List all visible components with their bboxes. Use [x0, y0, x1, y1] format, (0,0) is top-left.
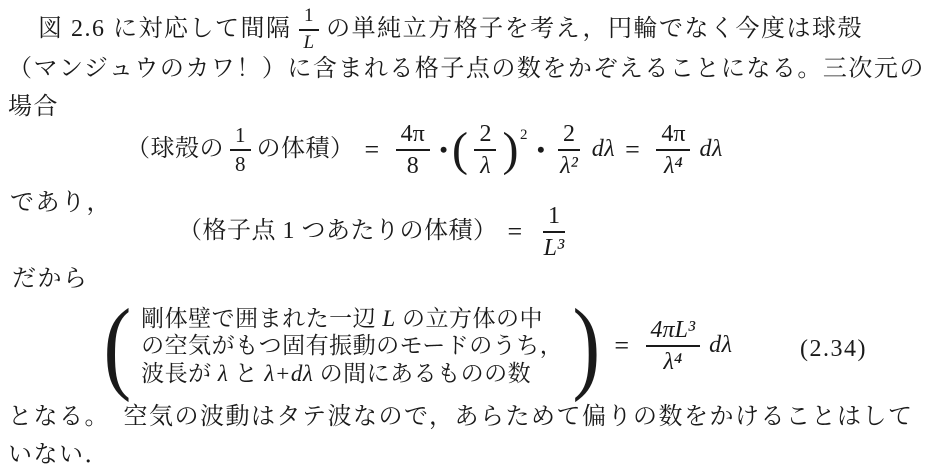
differential-dlambda: dλ: [709, 330, 732, 361]
fraction-numerator: 1: [543, 203, 565, 233]
equation-lhs-text: （球殻の: [126, 134, 224, 165]
fraction-numerator: 2: [558, 121, 580, 151]
description-line-3: 波長が λ と λ+dλ の間にあるものの数: [141, 360, 563, 388]
paragraph-line-1: 図 2.6 に対応して間隔 1 L の単純立方格子を考え，円輪でなく今度は球殻: [38, 4, 863, 56]
exponent-2: 2: [520, 126, 528, 146]
description-line-2: の空気がもつ固有振動のモードのうち，: [141, 332, 563, 360]
multiplication-dot: •: [440, 136, 448, 165]
variable-L: L: [382, 306, 395, 331]
fraction-denominator: λ²: [555, 151, 583, 179]
paragraph-line-2: （マンジュウのカワ！）に含まれる格子点の数をかぞえることになる。三次元の: [8, 54, 925, 85]
fraction-2-over-lambda: 2 λ: [474, 121, 496, 180]
fraction-2-over-lambda-squared: 2 λ²: [555, 121, 583, 180]
equation-lattice-volume: （格子点 1 つあたりの体積） = 1 L³: [178, 204, 575, 260]
text-run: 剛体壁で囲まれた一辺: [141, 306, 382, 331]
equals-sign: =: [508, 215, 523, 249]
connective-deari: であり，: [10, 188, 112, 219]
equals-sign: =: [365, 133, 380, 167]
text-run: 図 2.6 に対応して間隔: [38, 14, 292, 45]
paragraph-bottom-line-2: いない．: [8, 440, 110, 471]
fraction-denominator: λ⁴: [659, 151, 688, 179]
fraction-denominator: 8: [402, 151, 424, 179]
connective-dakara: だから: [12, 264, 89, 295]
equation-shell-volume: （球殻の 1 8 の体積） = 4π 8 • ( 2 λ ) 2 • 2 λ² …: [126, 122, 723, 178]
expression-lambda-plus-dlambda: λ+dλ: [264, 361, 313, 386]
fraction-denominator: λ: [475, 151, 495, 179]
text-run: と: [228, 361, 264, 386]
fraction-4piL3-over-lambda4: 4πL³ λ⁴: [646, 317, 701, 376]
text-run: の立方体の中: [396, 306, 543, 331]
equation-lhs-text: （格子点 1 つあたりの体積）: [178, 216, 498, 247]
differential-dlambda: dλ: [592, 134, 615, 165]
fraction-1-over-8: 1 8: [230, 124, 251, 176]
textbook-page: 図 2.6 に対応して間隔 1 L の単純立方格子を考え，円輪でなく今度は球殻 …: [0, 0, 939, 476]
fraction-numerator: 4π: [656, 121, 690, 151]
variable-lambda: λ: [218, 361, 228, 386]
text-run: の間にあるものの数: [313, 361, 531, 386]
fraction-denominator: L³: [539, 233, 570, 261]
fraction-numerator: 2: [474, 121, 496, 151]
fraction-denominator: λ⁴: [658, 347, 687, 375]
text-run: 波長が: [141, 361, 218, 386]
equation-number: (2.34): [800, 334, 867, 365]
fraction-numerator: 4π: [396, 121, 430, 151]
fraction-denominator: 8: [230, 151, 251, 176]
paragraph-bottom-line-1: となる。 空気の波動はタテ波なので，あらためて偏りの数をかけることはして: [8, 402, 914, 433]
fraction-numerator: 1: [230, 124, 251, 151]
equation-lhs-text: の体積）: [257, 134, 355, 165]
description-line-1: 剛体壁で囲まれた一辺 L の立方体の中: [141, 305, 563, 333]
fraction-4pi-over-8: 4π 8: [396, 121, 430, 180]
equals-sign: =: [625, 133, 640, 167]
text-run: の単純立方格子を考え，円輪でなく今度は球殻: [326, 14, 863, 45]
fraction-4pi-over-lambda4: 4π λ⁴: [656, 121, 690, 180]
equation-mode-count: ( 剛体壁で囲まれた一辺 L の立方体の中 の空気がもつ固有振動のモードのうち，…: [100, 298, 733, 394]
differential-dlambda: dλ: [699, 134, 722, 165]
inline-fraction-1-over-L: 1 L: [299, 6, 320, 54]
fraction-denominator: L: [299, 31, 320, 54]
fraction-1-over-L-cubed: 1 L³: [539, 203, 570, 262]
fraction-numerator: 4πL³: [646, 317, 701, 347]
parenthesized-description: 剛体壁で囲まれた一辺 L の立方体の中 の空気がもつ固有振動のモードのうち， 波…: [141, 305, 563, 388]
equals-sign: =: [614, 329, 629, 363]
fraction-numerator: 1: [299, 6, 319, 31]
paragraph-line-3: 場合: [8, 92, 59, 123]
multiplication-dot: •: [537, 136, 545, 165]
